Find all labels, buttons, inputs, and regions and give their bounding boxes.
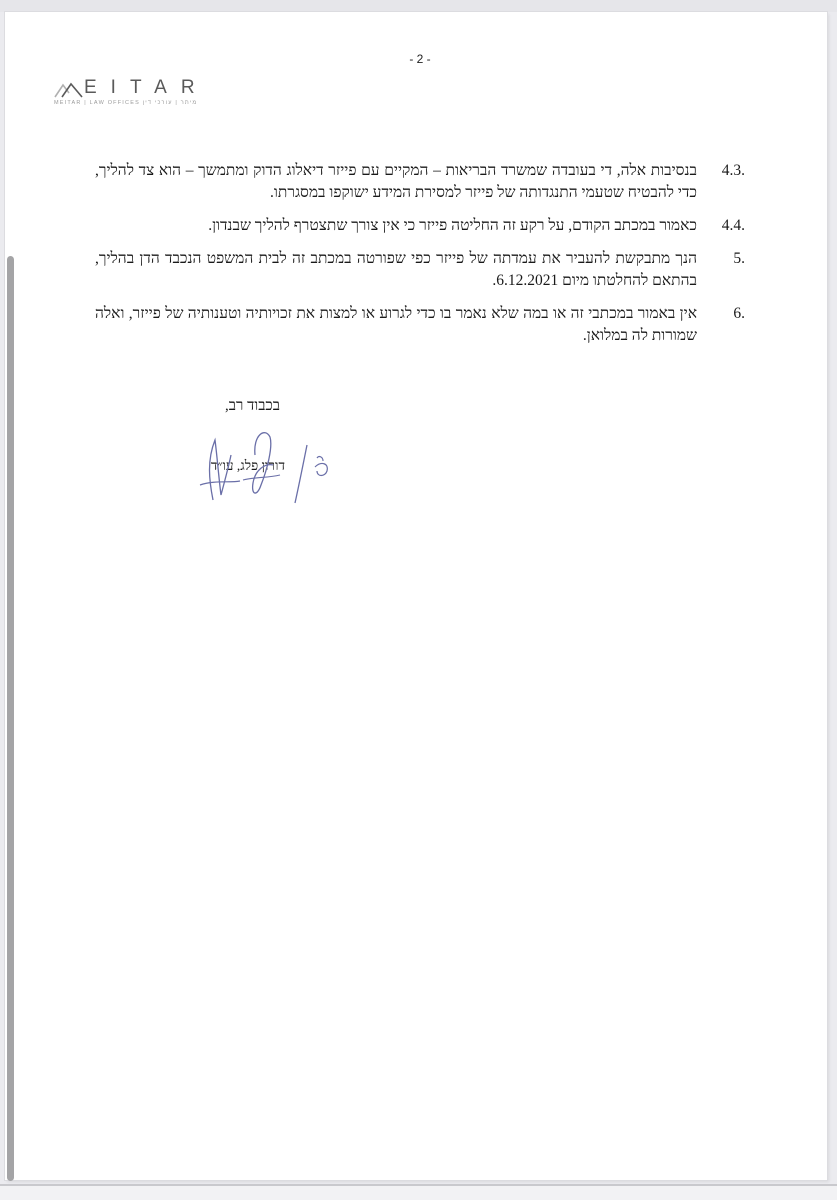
- viewer-bottom-strip: [0, 1184, 837, 1200]
- item-number: 4.4.: [697, 215, 745, 237]
- vertical-scrollbar-thumb[interactable]: [7, 256, 14, 1181]
- item-text: בנסיבות אלה, די בעובדה שמשרד הבריאות – ה…: [95, 160, 697, 204]
- letter-body: 4.3. בנסיבות אלה, די בעובדה שמשרד הבריאו…: [95, 160, 745, 358]
- list-item: 4.4. כאמור במכתב הקודם, על רקע זה החליטה…: [95, 215, 745, 237]
- item-text: הנך מתבקשת להעביר את עמדתה של פייזר כפי …: [95, 248, 697, 292]
- item-number: 4.3.: [697, 160, 745, 204]
- meitar-logo: EITAR MEITAR | LAW OFFICES מיתר | עורכי …: [54, 78, 234, 108]
- page-number: - 2 -: [400, 52, 440, 66]
- handwritten-signature-icon: [195, 425, 345, 510]
- logo-wordmark: EITAR: [84, 77, 209, 99]
- mountain-logo-icon: [54, 80, 84, 98]
- list-item: 5. הנך מתבקשת להעביר את עמדתה של פייזר כ…: [95, 248, 745, 292]
- item-number: 6.: [697, 303, 745, 347]
- list-item: 6. אין באמור במכתבי זה או במה שלא נאמר ב…: [95, 303, 745, 347]
- item-number: 5.: [697, 248, 745, 292]
- logo-subtitle: MEITAR | LAW OFFICES מיתר | עורכי דין: [54, 100, 197, 106]
- item-text: כאמור במכתב הקודם, על רקע זה החליטה פייז…: [95, 215, 697, 237]
- closing-salutation: בכבוד רב,: [190, 398, 280, 415]
- viewer-top-strip: [0, 0, 837, 12]
- list-item: 4.3. בנסיבות אלה, די בעובדה שמשרד הבריאו…: [95, 160, 745, 204]
- item-text: אין באמור במכתבי זה או במה שלא נאמר בו כ…: [95, 303, 697, 347]
